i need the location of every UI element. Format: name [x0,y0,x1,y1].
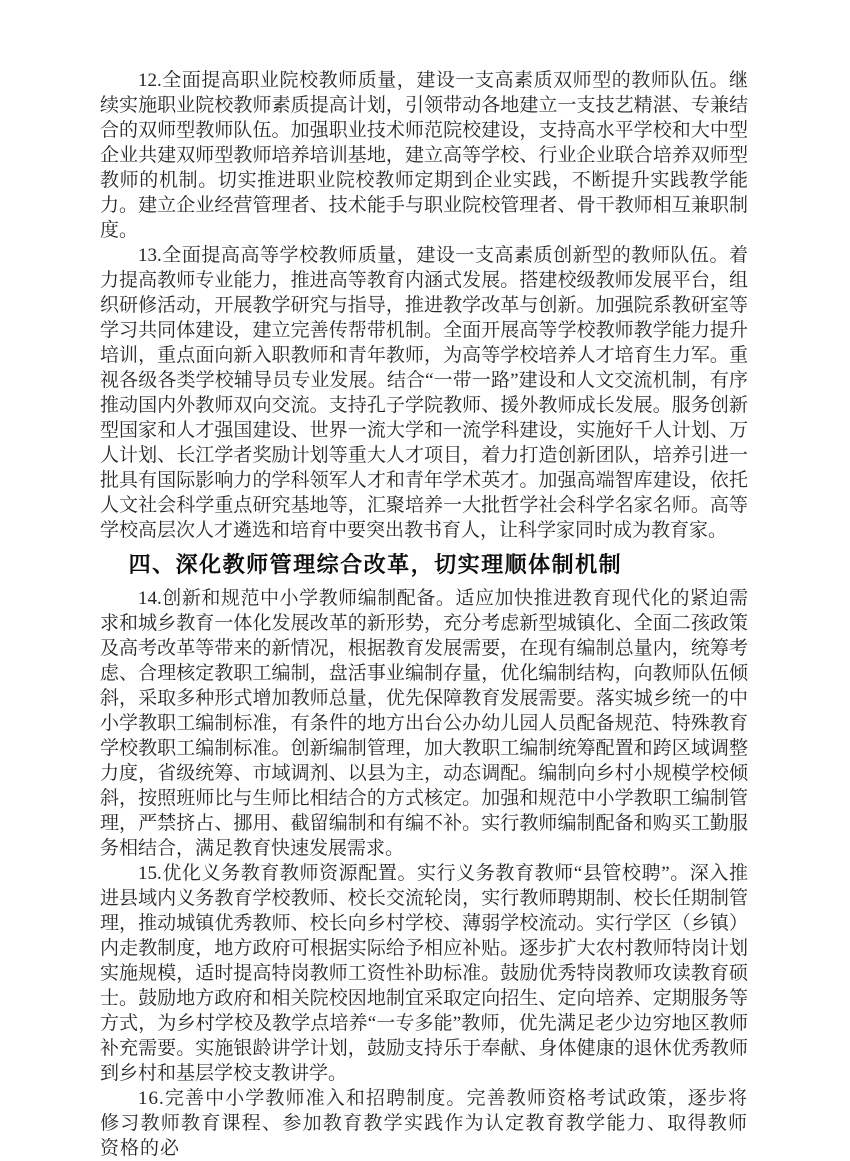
document-page: 12.全面提高职业院校教师质量，建设一支高素质双师型的教师队伍。继续实施职业院校… [0,0,850,1161]
section-heading-4-teacher-management-reform: 四、深化教师管理综合改革，切实理顺体制机制 [100,550,748,580]
paragraph-12-vocational-college-teachers: 12.全面提高职业院校教师质量，建设一支高素质双师型的教师队伍。继续实施职业院校… [100,68,748,243]
paragraph-16-teacher-admission-recruitment: 16.完善中小学教师准入和招聘制度。完善教师资格考试政策，逐步将修习教师教育课程… [100,1086,748,1161]
paragraph-14-teacher-staffing: 14.创新和规范中小学教师编制配备。适应加快推进教育现代化的紧迫需求和城乡教育一… [100,586,748,861]
paragraph-13-higher-education-teachers: 13.全面提高高等学校教师质量，建设一支高素质创新型的教师队伍。着力提高教师专业… [100,243,748,543]
paragraph-15-compulsory-education-teacher-resources: 15.优化义务教育教师资源配置。实行义务教育教师“县管校聘”。深入推进县域内义务… [100,861,748,1086]
